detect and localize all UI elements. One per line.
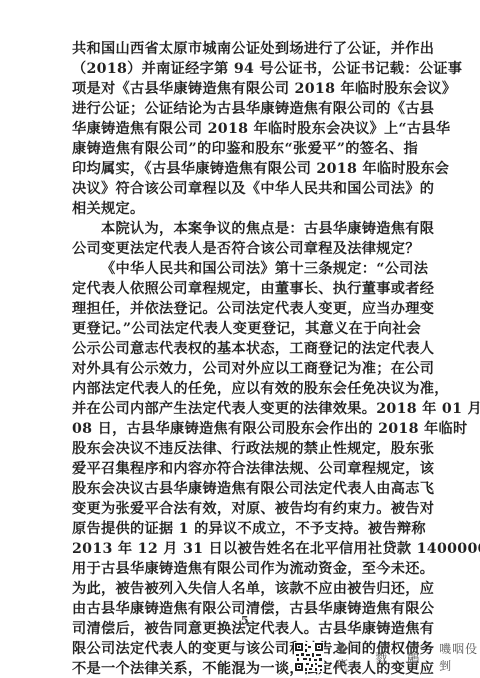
text-line: 变更为张爱平合法有效，对原、被告均有约束力。被告对 [72, 499, 418, 519]
document-body: 共和国山西省太原市城南公证处到场进行了公证，并作出 （2018）并南证经字第 9… [72, 39, 418, 678]
text-line: 股东会决议古县华康铸造焦有限公司法定代表人由高志飞 [72, 479, 418, 499]
text-line: 原告提供的证据 1 的异议不成立，不予支持。被告辩称 [72, 519, 418, 539]
text-line: 爱平召集程序和内容亦符合法律法规、公司章程规定，该 [72, 459, 418, 479]
paragraph-start-line: 本院认为，本案争议的焦点是：古县华康铸造焦有限 [72, 219, 418, 239]
text-line: 对外具有公示效力，公司对外应以工商登记为准；在公司 [72, 359, 418, 379]
text-line: 内部法定代表人的任免，应以有效的股东会任免决议为准， [72, 379, 418, 399]
text-line: 理担任，并依法登记。公司法定代表人变更，应当办理变 [72, 299, 418, 319]
text-line: 股东会决议不违反法律、行政法规的禁止性规定，股东张 [72, 439, 418, 459]
text-line: 公司变更法定代表人是否符合该公司章程及法律规定？ [72, 239, 418, 259]
text-line: 2013 年 12 月 31 日以被告姓名在北平信用社贷款 1400000 元， [72, 539, 418, 559]
stamp-text: �班 [336, 642, 355, 673]
footer-stamp: �班 戮 鷊 嘰咽伇剉 [294, 642, 480, 672]
qr-code-icon [294, 642, 324, 672]
text-line: 公示公司意志代表权的基本状态，工商登记的法定代表人 [72, 339, 418, 359]
text-line: 共和国山西省太原市城南公证处到场进行了公证，并作出 [72, 39, 418, 59]
text-line: 并在公司内部产生法定代表人变更的法律效果。2018 年 01 月 [72, 399, 418, 419]
text-line: 更登记。”公司法定代表人变更登记，其意义在于向社会 [72, 319, 418, 339]
text-line: 项是对《古县华康铸造焦有限公司 2018 年临时股东会议》 [72, 79, 418, 99]
text-line: 华康铸造焦有限公司 2018 年临时股东会决议》上“古县华 [72, 119, 418, 139]
text-line: 印均属实，《古县华康铸造焦有限公司 2018 年临时股东会 [72, 159, 418, 179]
text-line: 08 日，古县华康铸造焦有限公司股东会作出的 2018 年临时 [72, 419, 418, 439]
text-line: 定代表人依照公司章程规定，由董事长、执行董事或者经 [72, 279, 418, 299]
text-line: 决议》符合该公司章程以及《中华人民共和国公司法》的 [72, 179, 418, 199]
stamp-text: 鷊 [407, 649, 419, 666]
text-line: （2018）并南证经字第 94 号公证书，公证书记载：公证事 [72, 59, 418, 79]
page-number: 5 [241, 614, 249, 627]
text-line: 相关规定。 [72, 199, 418, 219]
stamp-text: 嘰咽伇剉 [439, 640, 480, 674]
paragraph-start-line: 《中华人民共和国公司法》第十三条规定：“公司法 [72, 259, 418, 279]
text-line: 为此，被告被列入失信人名单，该款不应由被告归还，应 [72, 579, 418, 599]
text-line: 用于古县华康铸造焦有限公司作为流动资金，至今未还。 [72, 559, 418, 579]
stamp-text: 戮 [375, 649, 387, 666]
text-line: 进行公证；公证结论为古县华康铸造焦有限公司的《古县 [72, 99, 418, 119]
text-line: 康铸造焦有限公司”的印鉴和股东“张爱平”的签名、指 [72, 139, 418, 159]
